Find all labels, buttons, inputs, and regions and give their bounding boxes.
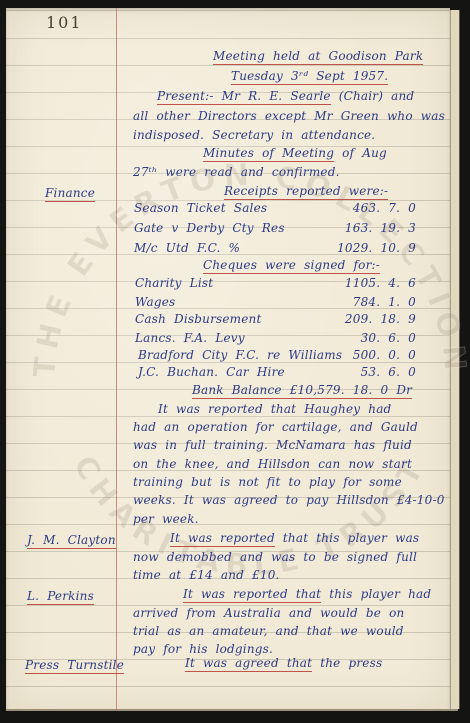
receipt-row-amount: 163. 19. 3 [330,221,416,235]
minute-line: It was agreed that the press [185,656,382,670]
minute-line: training but is not fit to play for some [133,475,402,489]
receipts-heading: Receipts reported were:- [224,184,388,198]
minute-line: time at £14 and £10. [133,568,280,582]
minute-line: on the knee, and Hillsdon can now start [133,457,412,471]
cheque-row-label: Bradford City F.C. re Williams [138,348,342,362]
margin-heading-clayton: J. M. Clayton [27,533,116,547]
minute-line: It was reported that Haughey had [158,402,391,416]
cheque-row-label: Cash Disbursement [135,312,262,326]
receipt-row-label: M/c Utd F.C. % [134,241,240,255]
receipt-row-label: Gate v Derby Cty Res [134,221,285,235]
cheque-row-amount: 1105. 4. 6 [330,276,416,290]
minute-line: It was reported that this player was [170,531,419,545]
cheque-row-label: Charity List [135,276,213,290]
margin-heading-press-turnstile: Press Turnstile [25,658,124,672]
receipt-row-label: Season Ticket Sales [134,201,267,215]
cheque-row-label: Lancs. F.A. Levy [135,331,245,345]
heading-present: Present:- Mr R. E. Searle (Chair) and [157,89,414,103]
heading-meeting-date: Tuesday 3ʳᵈ Sept 1957. [231,69,388,83]
cheque-row-label: J.C. Buchan. Car Hire [138,365,285,379]
minute-line: per week. [133,512,199,526]
minute-line: It was reported that this player had [183,587,431,601]
cheque-row-amount: 500. 0. 0 [330,348,416,362]
margin-heading-finance: Finance [45,186,95,200]
receipt-row-amount: 463. 7. 0 [330,201,416,215]
minute-line: indisposed. Secretary in attendance. [133,128,375,142]
minute-line: weeks. It was agreed to pay Hillsdon £4-… [133,493,445,507]
page-edge [450,10,460,709]
heading-meeting-held: Meeting held at Goodison Park [213,49,423,63]
minute-line: now demobbed and was to be signed full [133,550,417,564]
minute-line: all other Directors except Mr Green who … [133,109,445,123]
cheque-row-amount: 784. 1. 0 [330,295,416,309]
bank-balance-line: Bank Balance £10,579. 18. 0 Dr [192,383,412,397]
minute-line: had an operation for cartilage, and Gaul… [133,420,418,434]
minute-line: trial as an amateur, and that we would [133,624,404,638]
margin-heading-perkins: L. Perkins [27,589,94,603]
minute-line: was in full training. McNamara has fluid [133,438,412,452]
minute-book-scan: THE EVERTON COLLECTION CHARITABLE TRUST … [0,0,470,723]
minute-line: arrived from Australia and would be on [133,606,404,620]
minute-line: 27ᵗʰ were read and confirmed. [133,165,340,179]
heading-minutes-confirmed: Minutes of Meeting of Aug [203,146,387,160]
cheque-row-amount: 53. 6. 0 [330,365,416,379]
receipt-row-amount: 1029. 10. 9 [330,241,416,255]
cheque-row-label: Wages [135,295,175,309]
red-margin-rule [116,8,117,711]
page-number: 101 [46,13,83,32]
cheques-heading: Cheques were signed for:- [203,258,380,272]
cheque-row-amount: 30. 6. 0 [330,331,416,345]
page-bottom-shadow [6,709,458,711]
cheque-row-amount: 209. 18. 9 [330,312,416,326]
minute-line: pay for his lodgings. [133,642,273,656]
